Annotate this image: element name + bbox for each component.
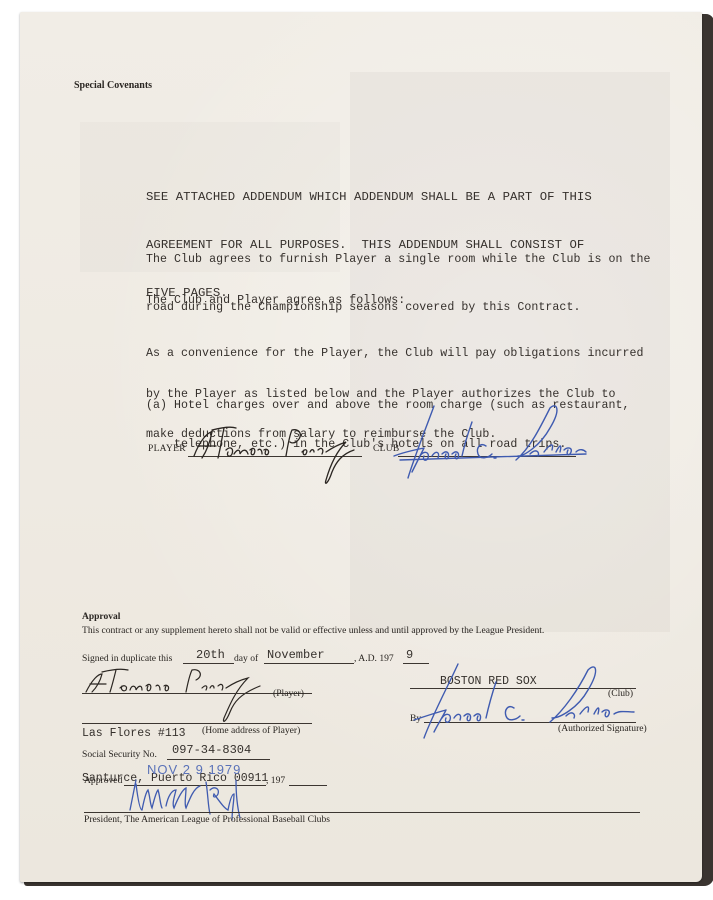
president-signature	[120, 770, 260, 835]
room-line: The Club agrees to furnish Player a sing…	[146, 252, 651, 268]
ad-prefix: , A.D. 197	[354, 653, 394, 664]
player-signature	[190, 420, 360, 495]
club-signature	[390, 398, 590, 493]
president-caption: President, The American League of Profes…	[84, 814, 330, 825]
ssn-value: 097-34-8304	[172, 743, 251, 757]
approval-heading: Approval	[82, 612, 120, 622]
ssn-label: Social Security No.	[82, 749, 157, 760]
month-value: November	[267, 648, 325, 662]
special-covenants-heading: Special Covenants	[74, 80, 152, 91]
approved-year-line	[289, 785, 327, 786]
agree-line: The Club and Player agree as follows:	[146, 293, 405, 309]
home-address-caption: (Home address of Player)	[202, 725, 300, 736]
ssn-line	[167, 759, 270, 760]
approval-notice: This contract or any supplement hereto s…	[82, 625, 544, 636]
room-paragraph: The Club agrees to furnish Player a sing…	[146, 220, 651, 332]
home-address-line	[82, 723, 312, 724]
approved-label: Approved	[84, 775, 122, 786]
day-of-label: day of	[234, 653, 258, 664]
signed-prefix: Signed in duplicate this	[82, 653, 172, 664]
addendum-line: SEE ATTACHED ADDENDUM WHICH ADDENDUM SHA…	[146, 189, 592, 205]
president-line	[84, 812, 640, 813]
club-authorized-signature	[410, 660, 640, 745]
day-value: 20th	[196, 648, 225, 662]
approved-year-prefix: , 197	[266, 775, 285, 786]
player-label: PLAYER	[148, 444, 186, 454]
convenience-line: As a convenience for the Player, the Clu…	[146, 347, 644, 361]
player-caption: (Player)	[273, 688, 304, 699]
